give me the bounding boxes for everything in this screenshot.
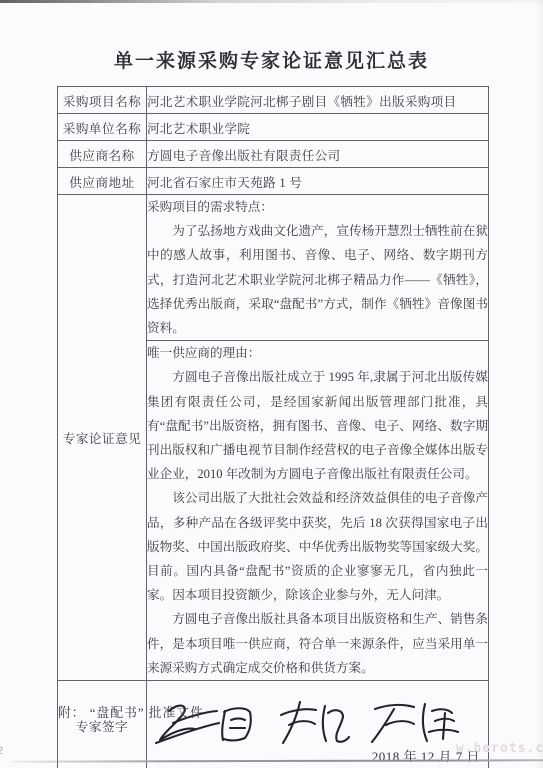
page-title: 单一来源采购专家论证意见汇总表 [0, 46, 543, 73]
signature-stroke-3 [372, 704, 458, 742]
scan-top-edge-artifact [0, 0, 543, 3]
expert-signature-label: 专家签字 [58, 681, 147, 768]
demand-heading: 采购项目的需求特点： [147, 195, 488, 219]
row-value-supplier-name: 方圆电子音像出版社有限责任公司 [147, 141, 489, 168]
row-label-supplier-address: 供应商地址 [58, 168, 147, 195]
expert-opinion-row: 专家论证意见 采购项目的需求特点： 为了弘扬地方戏曲文化遗产，宣传杨开慧烈士牺牲… [58, 195, 489, 341]
reason-heading: 唯一供应商的理由： [147, 341, 488, 365]
row-label-supplier-name: 供应商名称 [58, 141, 147, 168]
attachment-note: 附： “盘配书” 批准文件 [58, 702, 204, 721]
reason-paragraph: 方圆电子音像出版社成立于 1995 年,隶属于河北出版传媒集团有限责任公司，是经… [147, 365, 488, 486]
signature-stroke-2 [281, 702, 349, 743]
reason-paragraph: 该公司出版了大批社会效益和经济效益俱佳的电子音像产品，多种产品在各级评奖中获奖，… [147, 486, 488, 607]
scanned-document-page: 单一来源采购专家论证意见汇总表 采购项目名称 河北艺术职业学院河北梆子剧目《牺牲… [0, 0, 543, 768]
demand-features-cell: 采购项目的需求特点： 为了弘扬地方戏曲文化遗产，宣传杨开慧烈士牺牲前在狱中的感人… [147, 195, 489, 341]
signature-row: 专家签字 [58, 681, 489, 768]
procurement-summary-table: 采购项目名称 河北艺术职业学院河北梆子剧目《牺牲》出版采购项目 采购单位名称 河… [57, 86, 489, 768]
row-label-purchaser-name: 采购单位名称 [58, 114, 147, 141]
reason-paragraph: 方圆电子音像出版社具备本项目出版资格和生产、销售条件，是本项目唯一供应商，符合单… [147, 607, 488, 680]
demand-paragraph: 为了弘扬地方戏曲文化遗产，宣传杨开慧烈士牺牲前在狱中的感人故事，利用图书、音像、… [147, 219, 488, 340]
signature-cell: 2018 年 12 月 7 日 [147, 681, 489, 768]
table-row: 供应商名称 方圆电子音像出版社有限责任公司 [58, 141, 489, 168]
row-value-supplier-address: 河北省石家庄市天苑路 1 号 [147, 168, 489, 195]
watermark-text: w.herots.co [456, 741, 543, 756]
table-row: 采购项目名称 河北艺术职业学院河北梆子剧目《牺牲》出版采购项目 [58, 87, 489, 114]
table-row: 采购单位名称 河北艺术职业学院 [58, 114, 489, 141]
expert-opinion-label: 专家论证意见 [58, 195, 147, 681]
scan-right-shade-artifact [535, 0, 543, 768]
row-value-purchaser-name: 河北艺术职业学院 [147, 114, 489, 141]
sole-supplier-reason-cell: 唯一供应商的理由： 方圆电子音像出版社成立于 1995 年,隶属于河北出版传媒集… [147, 341, 489, 681]
row-value-project-name: 河北艺术职业学院河北梆子剧目《牺牲》出版采购项目 [147, 87, 489, 114]
corner-mark: 2 [0, 745, 3, 757]
table-row: 供应商地址 河北省石家庄市天苑路 1 号 [58, 168, 489, 195]
row-label-project-name: 采购项目名称 [58, 87, 147, 114]
